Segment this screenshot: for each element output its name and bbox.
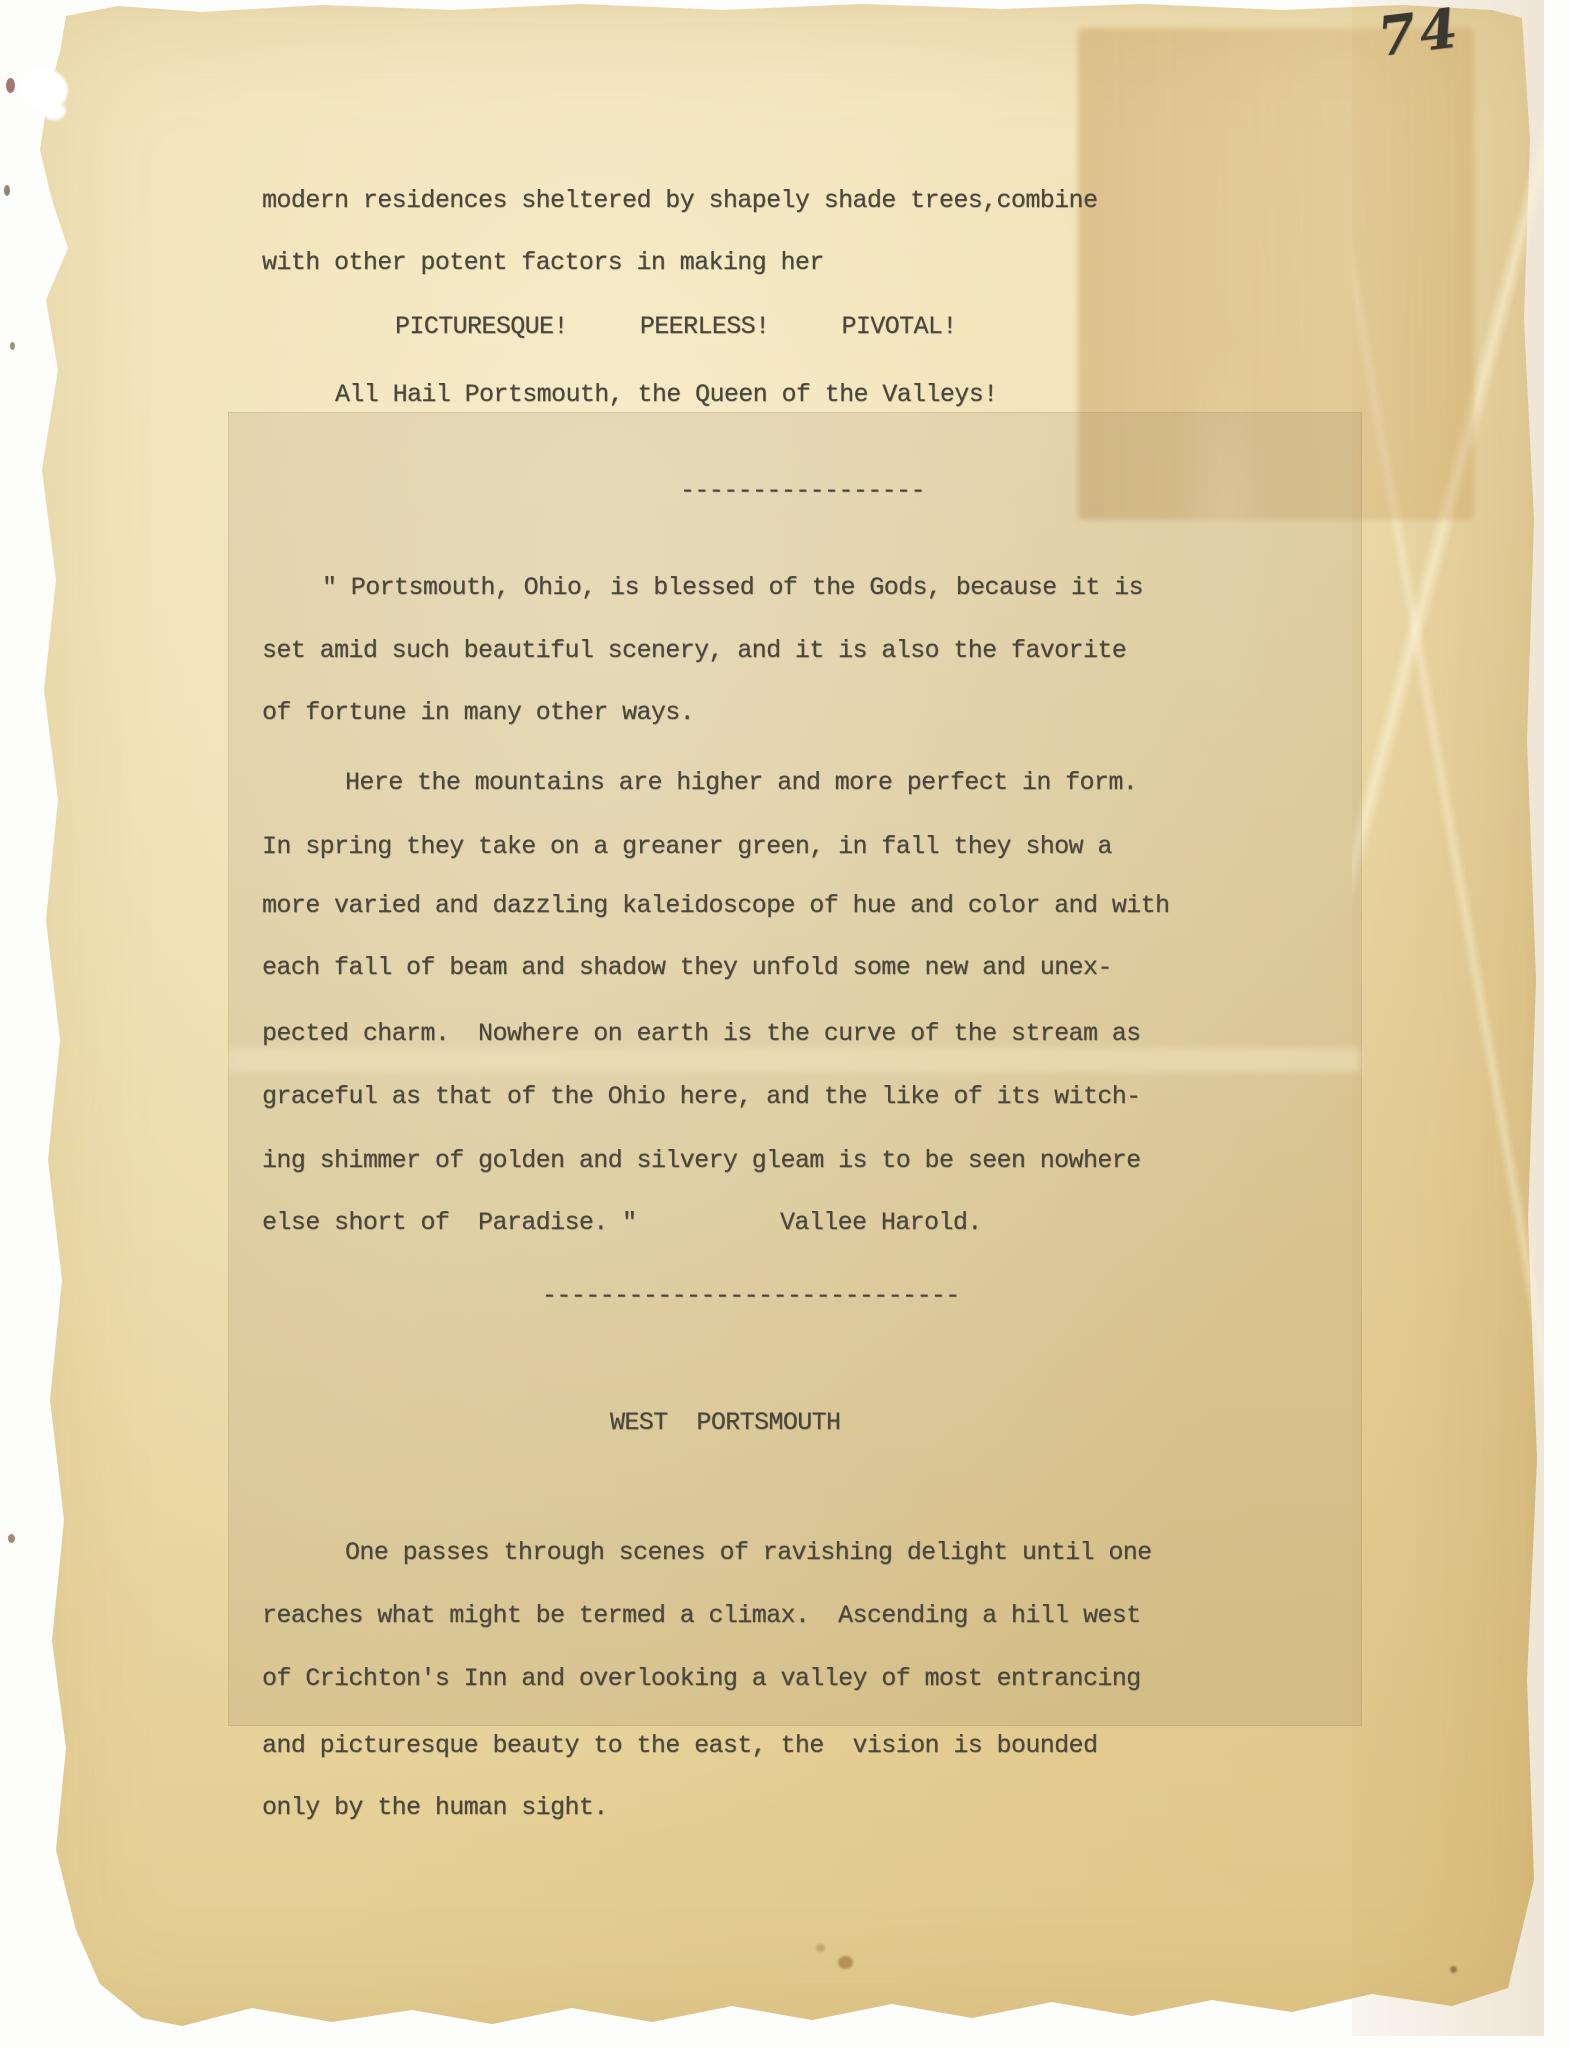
quote-line: pected charm. Nowhere on earth is the cu… (262, 1019, 1141, 1049)
quote-closing-line: else short of Paradise. " (262, 1208, 636, 1238)
quote-line: set amid such beautiful scenery, and it … (262, 636, 1126, 666)
divider-dashes: ----------------------------- (542, 1281, 960, 1311)
quote-line: graceful as that of the Ohio here, and t… (262, 1082, 1141, 1112)
typed-line: and picturesque beauty to the east, the … (262, 1731, 1097, 1761)
quote-line: " Portsmouth, Ohio, is blessed of the Go… (322, 573, 1143, 603)
quote-line: In spring they take on a greaner green, … (262, 832, 1112, 862)
typed-line: modern residences sheltered by shapely s… (262, 186, 1097, 216)
quote-line: Here the mountains are higher and more p… (345, 768, 1137, 798)
hail-line: All Hail Portsmouth, the Queen of the Va… (335, 380, 998, 410)
quote-line: of fortune in many other ways. (262, 698, 694, 728)
typed-line: of Crichton's Inn and overlooking a vall… (262, 1664, 1141, 1694)
typed-line: reaches what might be termed a climax. A… (262, 1601, 1141, 1631)
scanned-page: 74 modern residences sheltered by shapel… (0, 0, 1570, 2048)
typed-line: only by the human sight. (262, 1793, 608, 1823)
typed-text-layer: modern residences sheltered by shapely s… (0, 0, 1570, 2048)
typed-line: One passes through scenes of ravishing d… (345, 1538, 1152, 1568)
slogan-line: PICTURESQUE! PEERLESS! PIVOTAL! (395, 312, 957, 342)
divider-dashes: ----------------- (680, 476, 925, 506)
quote-line: ing shimmer of golden and silvery gleam … (262, 1146, 1141, 1176)
typed-line: with other potent factors in making her (262, 248, 824, 278)
section-heading: WEST PORTSMOUTH (610, 1408, 840, 1438)
quote-line: each fall of beam and shadow they unfold… (262, 953, 1112, 983)
quote-line: more varied and dazzling kaleidoscope of… (262, 891, 1169, 921)
attribution: Vallee Harold. (780, 1208, 982, 1238)
handwritten-page-number: 74 (1374, 0, 1464, 69)
